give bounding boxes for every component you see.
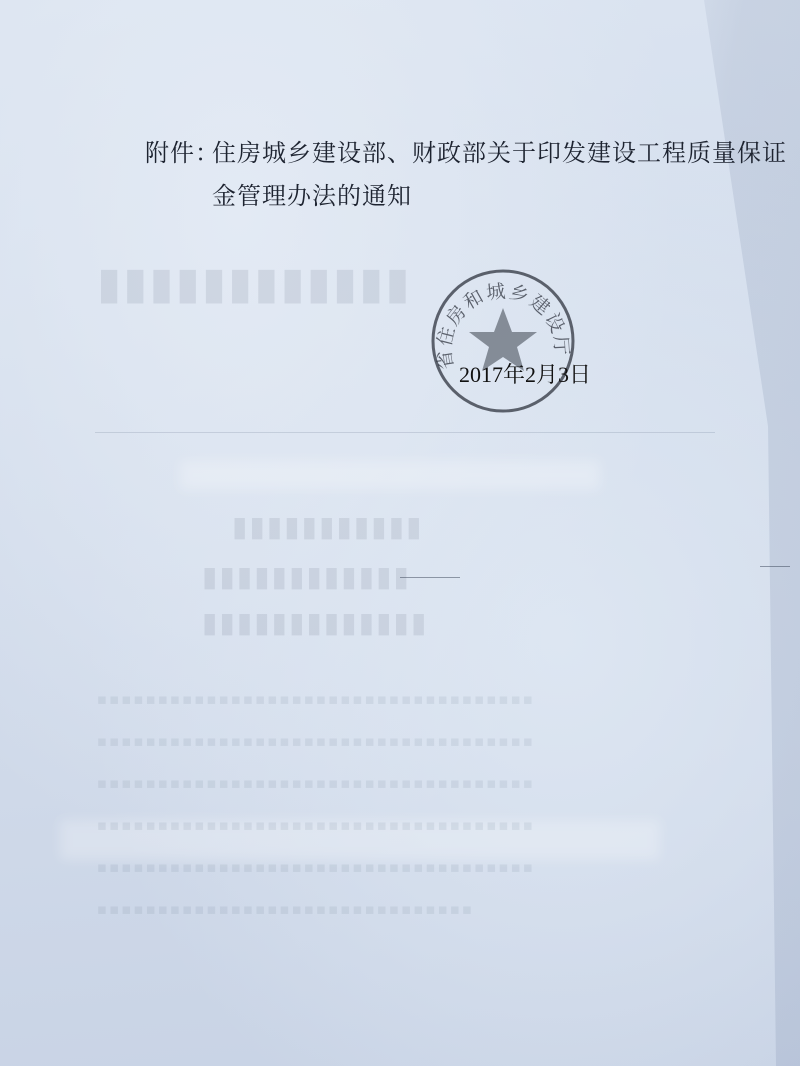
official-seal: 省住房和城乡建设厅 <box>428 266 578 416</box>
show-through-mark <box>400 577 460 578</box>
attachment-title-line-1: 住房城乡建设部、财政部关于印发建设工程质量保证 <box>212 133 787 168</box>
attachment-label: 附件： <box>145 133 220 168</box>
show-through-mark <box>760 566 790 567</box>
show-through-body: ▪▪▪▪▪▪▪▪▪▪▪▪▪▪▪▪▪▪▪▪▪▪▪▪▪▪▪▪▪▪▪ <box>95 900 472 918</box>
show-through-rule <box>95 432 715 433</box>
paper-crease <box>180 460 600 490</box>
show-through-body: ▪▪▪▪▪▪▪▪▪▪▪▪▪▪▪▪▪▪▪▪▪▪▪▪▪▪▪▪▪▪▪▪▪▪▪▪ <box>95 690 533 708</box>
show-through-body: ▪▪▪▪▪▪▪▪▪▪▪▪▪▪▪▪▪▪▪▪▪▪▪▪▪▪▪▪▪▪▪▪▪▪▪▪ <box>95 816 533 834</box>
show-through-body: ▪▪▪▪▪▪▪▪▪▪▪▪▪▪▪▪▪▪▪▪▪▪▪▪▪▪▪▪▪▪▪▪▪▪▪▪ <box>95 774 533 792</box>
show-through-title: ▮▮▮▮▮▮▮▮▮▮▮ <box>230 510 422 543</box>
show-through-body: ▪▪▪▪▪▪▪▪▪▪▪▪▪▪▪▪▪▪▪▪▪▪▪▪▪▪▪▪▪▪▪▪▪▪▪▪ <box>95 858 533 876</box>
attachment-title-line-2: 金管理办法的通知 <box>212 176 412 211</box>
show-through-header: ▮▮▮▮▮▮▮▮▮▮▮▮ <box>95 258 410 309</box>
show-through-title: ▮▮▮▮▮▮▮▮▮▮▮▮ <box>200 560 409 593</box>
show-through-body: ▪▪▪▪▪▪▪▪▪▪▪▪▪▪▪▪▪▪▪▪▪▪▪▪▪▪▪▪▪▪▪▪▪▪▪▪ <box>95 732 533 750</box>
document-date: 2017年2月3日 <box>459 358 591 389</box>
show-through-title: ▮▮▮▮▮▮▮▮▮▮▮▮▮ <box>200 606 426 639</box>
